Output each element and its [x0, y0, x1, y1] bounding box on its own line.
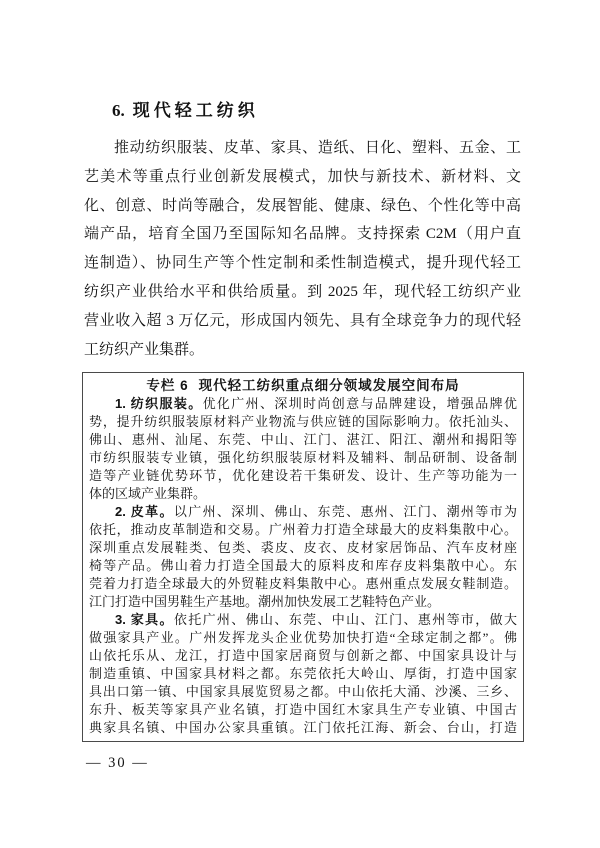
text-line: 势，提升纺织服装原材料产业物流与供应链的国际影响力。依托汕头、 [89, 413, 517, 431]
paragraph-lead-text: 优化广州、深圳时尚创意与品牌建设，增强品牌优 [203, 396, 517, 411]
paragraph-label: 2. 皮革。 [115, 504, 174, 519]
text-line: 艺美术等重点行业创新发展模式，加快与新技术、新材料、文 [84, 163, 521, 192]
text-line: 深圳重点发展鞋类、包类、裘皮、皮衣、皮材家居饰品、汽车皮材座 [89, 539, 517, 557]
text-line: 做强家具产业。广州发挥龙头企业优势加快打造“全球定制之都”。佛 [89, 629, 517, 647]
content-column: 6.现代轻工纺织 推动纺织服装、皮革、家具、造纸、日化、塑料、五金、工 艺美术等… [84, 0, 521, 772]
paragraph-lead-text: 依托广州、佛山、东莞、中山、江门、惠州等市，做大 [174, 612, 517, 627]
text-line: 具出口第一镇、中国家具展览贸易之都。中山依托大涌、沙溪、三乡、 [89, 683, 517, 701]
text-line: 市纺织服装专业镇，强化纺织服装原材料及辅料、制品研制、设备制 [89, 449, 517, 467]
column-box: 专栏 6现代轻工纺织重点细分领域发展空间布局 1. 纺织服装。优化广州、深圳时尚… [82, 372, 524, 742]
text-line: 山依托乐从、龙江，打造中国家居商贸与创新之都、中国家具设计与 [89, 647, 517, 665]
paragraph-label: 1. 纺织服装。 [115, 396, 203, 411]
text-line: 化、创意、时尚等融合，发展智能、健康、绿色、个性化等中高 [84, 192, 521, 221]
text-line: 佛山、惠州、汕尾、东莞、中山、江门、湛江、阳江、潮州和揭阳等 [89, 431, 517, 449]
document-page: 6.现代轻工纺织 推动纺织服装、皮革、家具、造纸、日化、塑料、五金、工 艺美术等… [0, 0, 600, 848]
panel-title-text: 现代轻工纺织重点细分领域发展空间布局 [199, 378, 460, 393]
text-line: 营业收入超 3 万亿元，形成国内领先、具有全球竞争力的现代轻 [84, 307, 521, 336]
paragraph-label: 3. 家具。 [115, 612, 174, 627]
text-line: 连制造）、协同生产等个性定制和柔性制造模式，提升现代轻工 [84, 249, 521, 278]
intro-paragraph: 推动纺织服装、皮革、家具、造纸、日化、塑料、五金、工 艺美术等重点行业创新发展模… [84, 134, 521, 364]
section-heading: 6.现代轻工纺织 [84, 96, 521, 126]
page-number: — 30 — [84, 754, 521, 772]
text-line: 依托，推动皮革制造和交易。广州着力打造全球最大的皮料集散中心。 [89, 521, 517, 539]
panel-title-number: 专栏 6 [146, 378, 188, 393]
text-line: 典家具名镇、中国办公家具重镇。江门依托江海、新会、台山，打造 [89, 719, 517, 737]
text-line: 东升、板芙等家具产业名镇，打造中国红木家具生产专业镇、中国古 [89, 701, 517, 719]
text-line: 体的区域产业集群。 [89, 485, 517, 503]
text-line: 椅等产品。佛山着力打造全国最大的原料皮和库存皮料集散中心。东 [89, 557, 517, 575]
heading-number: 6. [112, 101, 125, 120]
heading-title: 现代轻工纺织 [133, 101, 259, 120]
text-line: 制造重镇、中国家具材料之都。东莞依托大岭山、厚街，打造中国家 [89, 665, 517, 683]
text-line: 端产品，培育全国乃至国际知名品牌。支持探索 C2M（用户直 [84, 220, 521, 249]
text-line: 纺织产业供给水平和供给质量。到 2025 年，现代轻工纺织产业 [84, 278, 521, 307]
panel-paragraph-lead: 2. 皮革。以广州、深圳、佛山、东莞、惠州、江门、潮州等市为 [89, 503, 517, 521]
text-line: 江门打造中国男鞋生产基地。潮州加快发展工艺鞋特色产业。 [89, 593, 517, 611]
panel-paragraph-lead: 3. 家具。依托广州、佛山、东莞、中山、江门、惠州等市，做大 [89, 611, 517, 629]
panel-title: 专栏 6现代轻工纺织重点细分领域发展空间布局 [89, 376, 517, 395]
text-line: 造等产业链优势环节，优化建设若干集研发、设计、生产等功能为一 [89, 467, 517, 485]
paragraph-lead-text: 以广州、深圳、佛山、东莞、惠州、江门、潮州等市为 [174, 504, 517, 519]
panel-paragraph-lead: 1. 纺织服装。优化广州、深圳时尚创意与品牌建设，增强品牌优 [89, 395, 517, 413]
text-line: 工纺织产业集群。 [84, 336, 521, 365]
text-line: 推动纺织服装、皮革、家具、造纸、日化、塑料、五金、工 [84, 134, 521, 163]
text-line: 莞着力打造全球最大的外贸鞋皮料集散中心。惠州重点发展女鞋制造。 [89, 575, 517, 593]
